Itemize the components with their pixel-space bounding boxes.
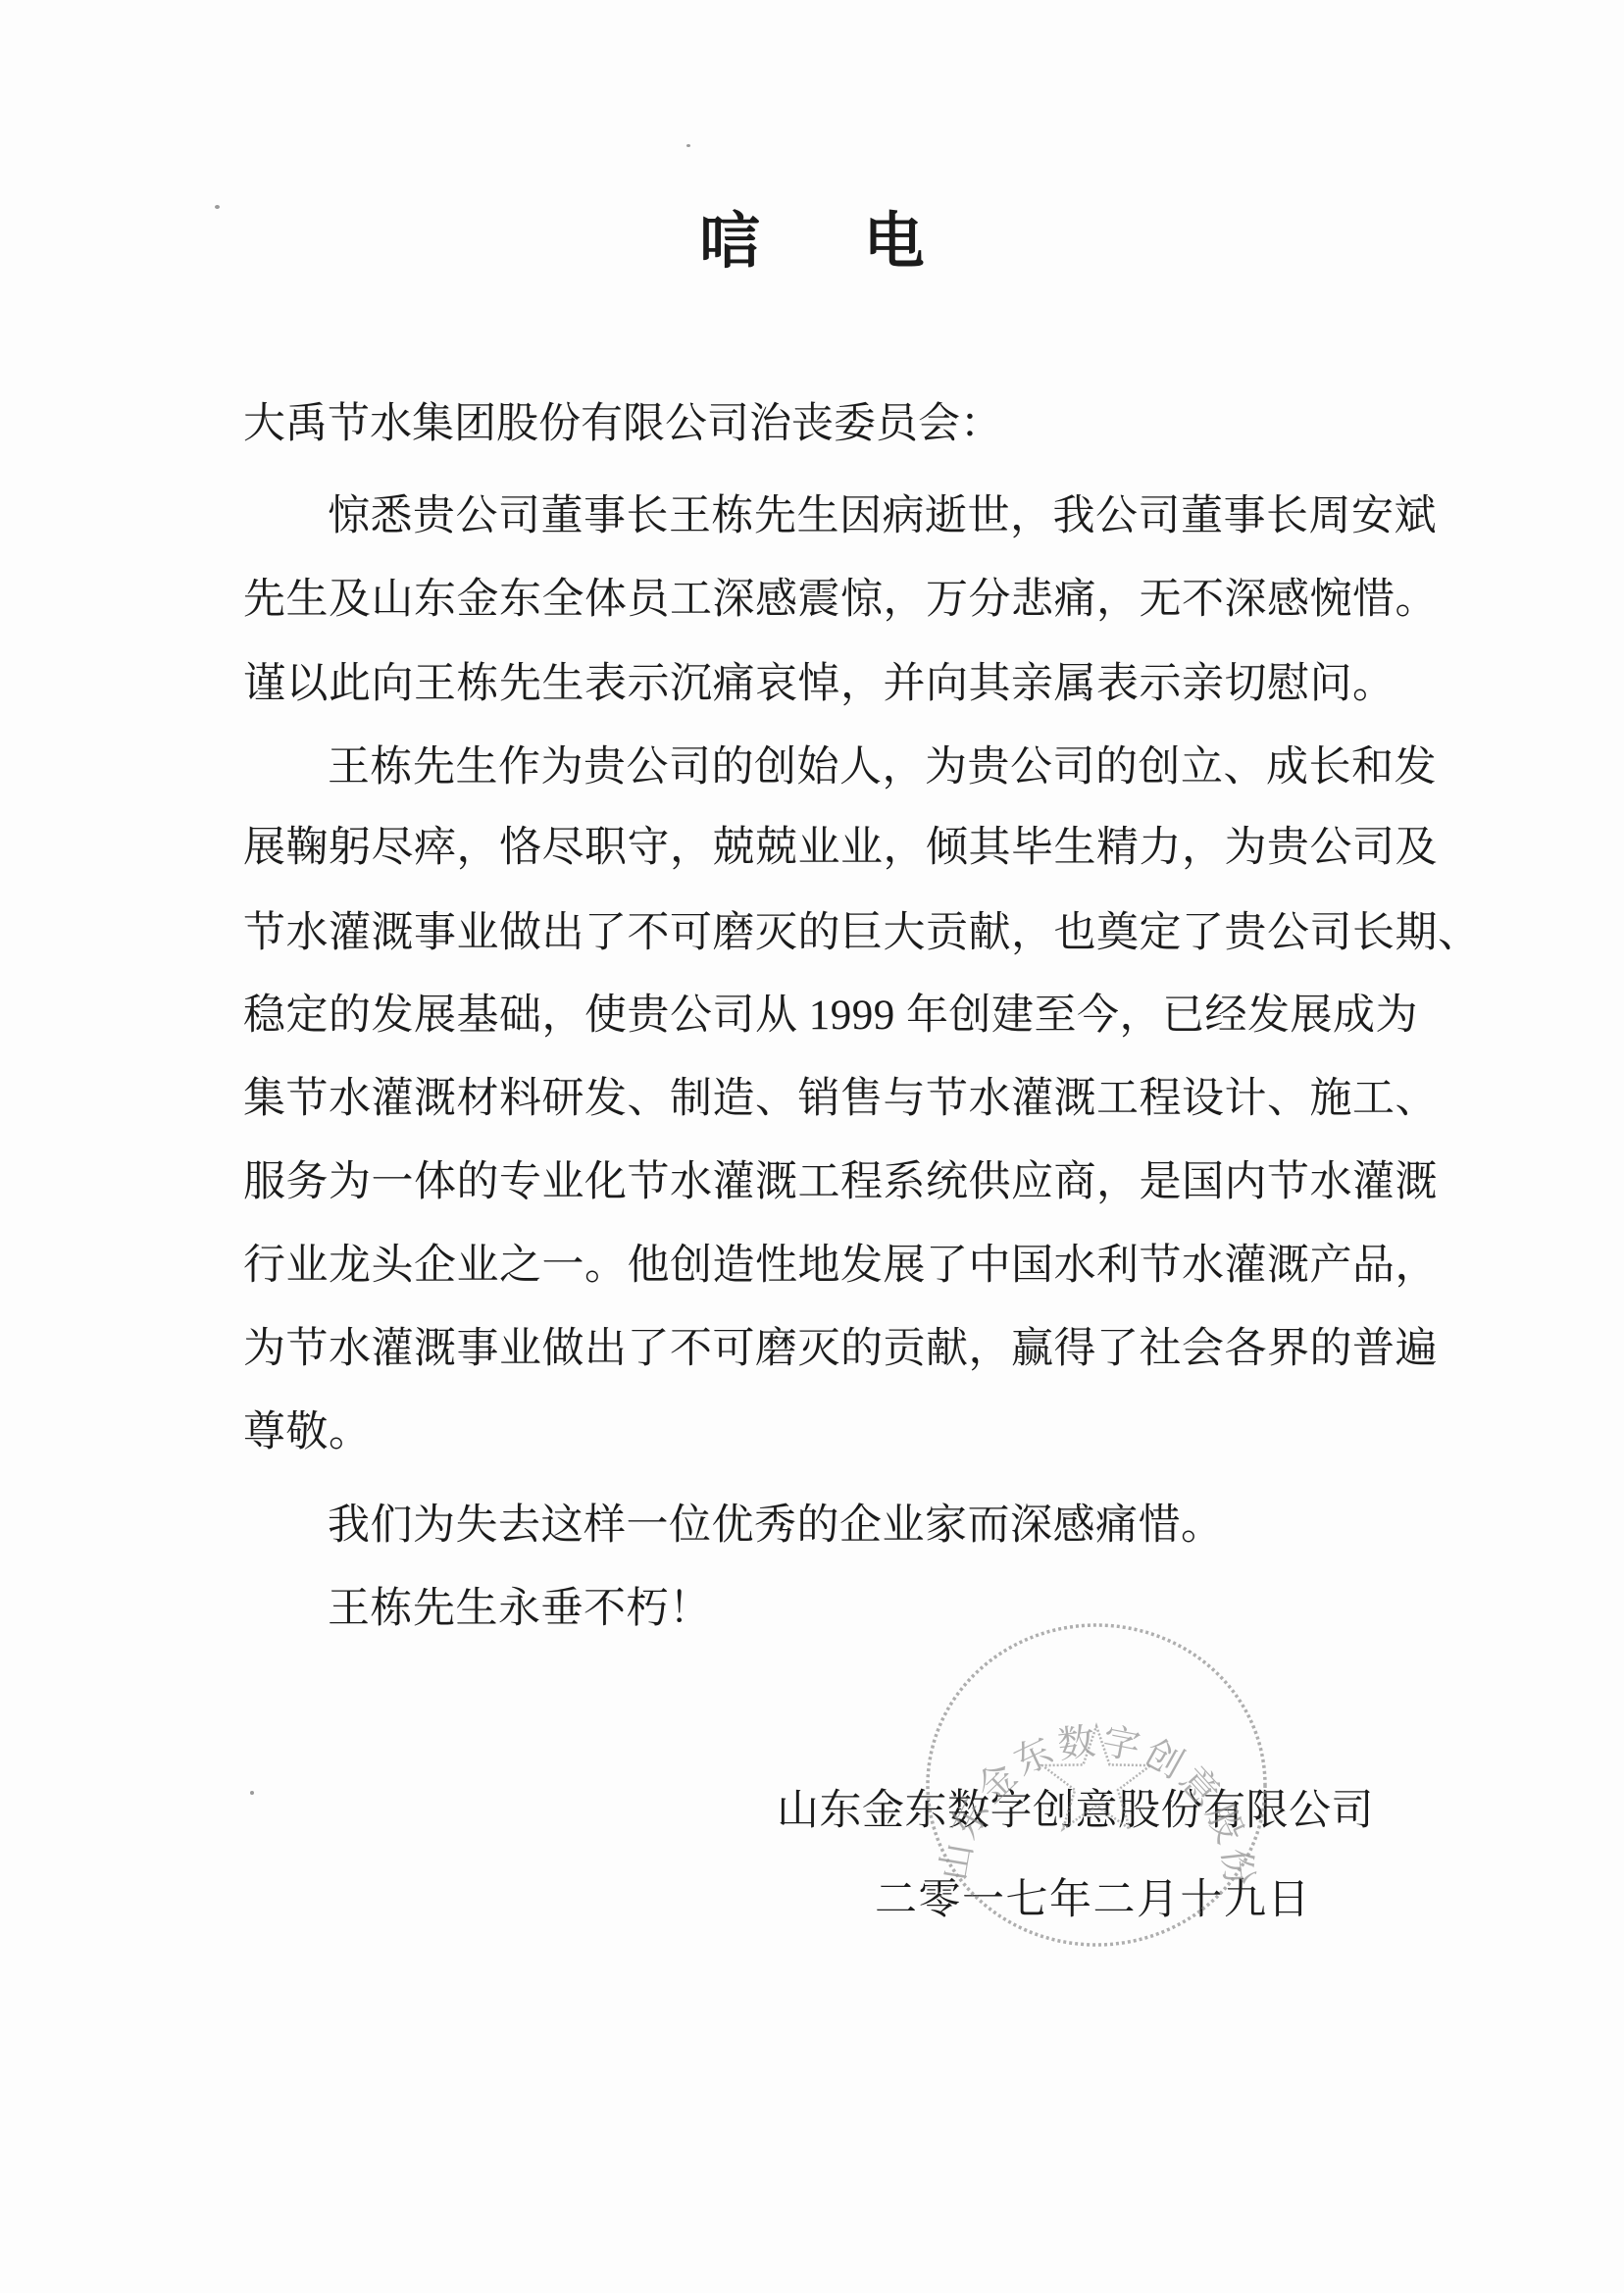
salutation-line: 大禹节水集团股份有限公司治丧委员会：: [243, 390, 1002, 450]
body-line: 集节水灌溉材料研发、制造、销售与节水灌溉工程设计、施工、: [243, 1065, 1438, 1125]
signature-date: 二零一七年二月十九日: [875, 1866, 1311, 1926]
signature-company: 山东金东数字创意股份有限公司: [777, 1777, 1374, 1837]
seal-text: 山东金东数字创意股份有限公司: [922, 1618, 1259, 1892]
body-line: 服务为一体的专业化节水灌溉工程系统供应商，是国内节水灌溉: [243, 1148, 1438, 1208]
body-line: 为节水灌溉事业做出了不可磨灭的贡献，赢得了社会各界的普遍: [243, 1315, 1438, 1375]
body-line: 惊悉贵公司董事长王栋先生因病逝世，我公司董事长周安斌: [328, 483, 1437, 542]
body-line: 谨以此向王栋先生表示沉痛哀悼，并向其亲属表示亲切慰问。: [243, 650, 1396, 710]
scan-speck: [250, 1791, 254, 1795]
body-line: 稳定的发展基础，使贵公司从 1999 年创建至今，已经发展成为: [243, 982, 1418, 1042]
condolence-letter-page: 唁电 大禹节水集团股份有限公司治丧委员会： 惊悉贵公司董事长王栋先生因病逝世，我…: [0, 0, 1624, 2293]
document-title: 唁电: [0, 192, 1624, 280]
body-line: 展鞠躬尽瘁，恪尽职守，兢兢业业，倾其毕生精力，为贵公司及: [243, 814, 1438, 874]
body-line: 尊敬。: [243, 1399, 372, 1458]
body-line: 节水灌溉事业做出了不可磨灭的巨大贡献，也奠定了贵公司长期、: [243, 899, 1481, 959]
body-line: 王栋先生永垂不朽！: [328, 1575, 712, 1635]
body-line: 先生及山东金东全体员工深感震惊，万分悲痛，无不深感惋惜。: [243, 566, 1438, 626]
body-line: 王栋先生作为贵公司的创始人，为贵公司的创立、成长和发: [328, 734, 1437, 793]
body-line: 我们为失去这样一位优秀的企业家而深感痛惜。: [328, 1492, 1224, 1552]
scan-speck: [686, 144, 690, 147]
svg-text:山东金东数字创意股份有限公司: 山东金东数字创意股份有限公司: [922, 1618, 1259, 1892]
body-line: 行业龙头企业之一。他创造性地发展了中国水利节水灌溉产品，: [243, 1232, 1438, 1292]
